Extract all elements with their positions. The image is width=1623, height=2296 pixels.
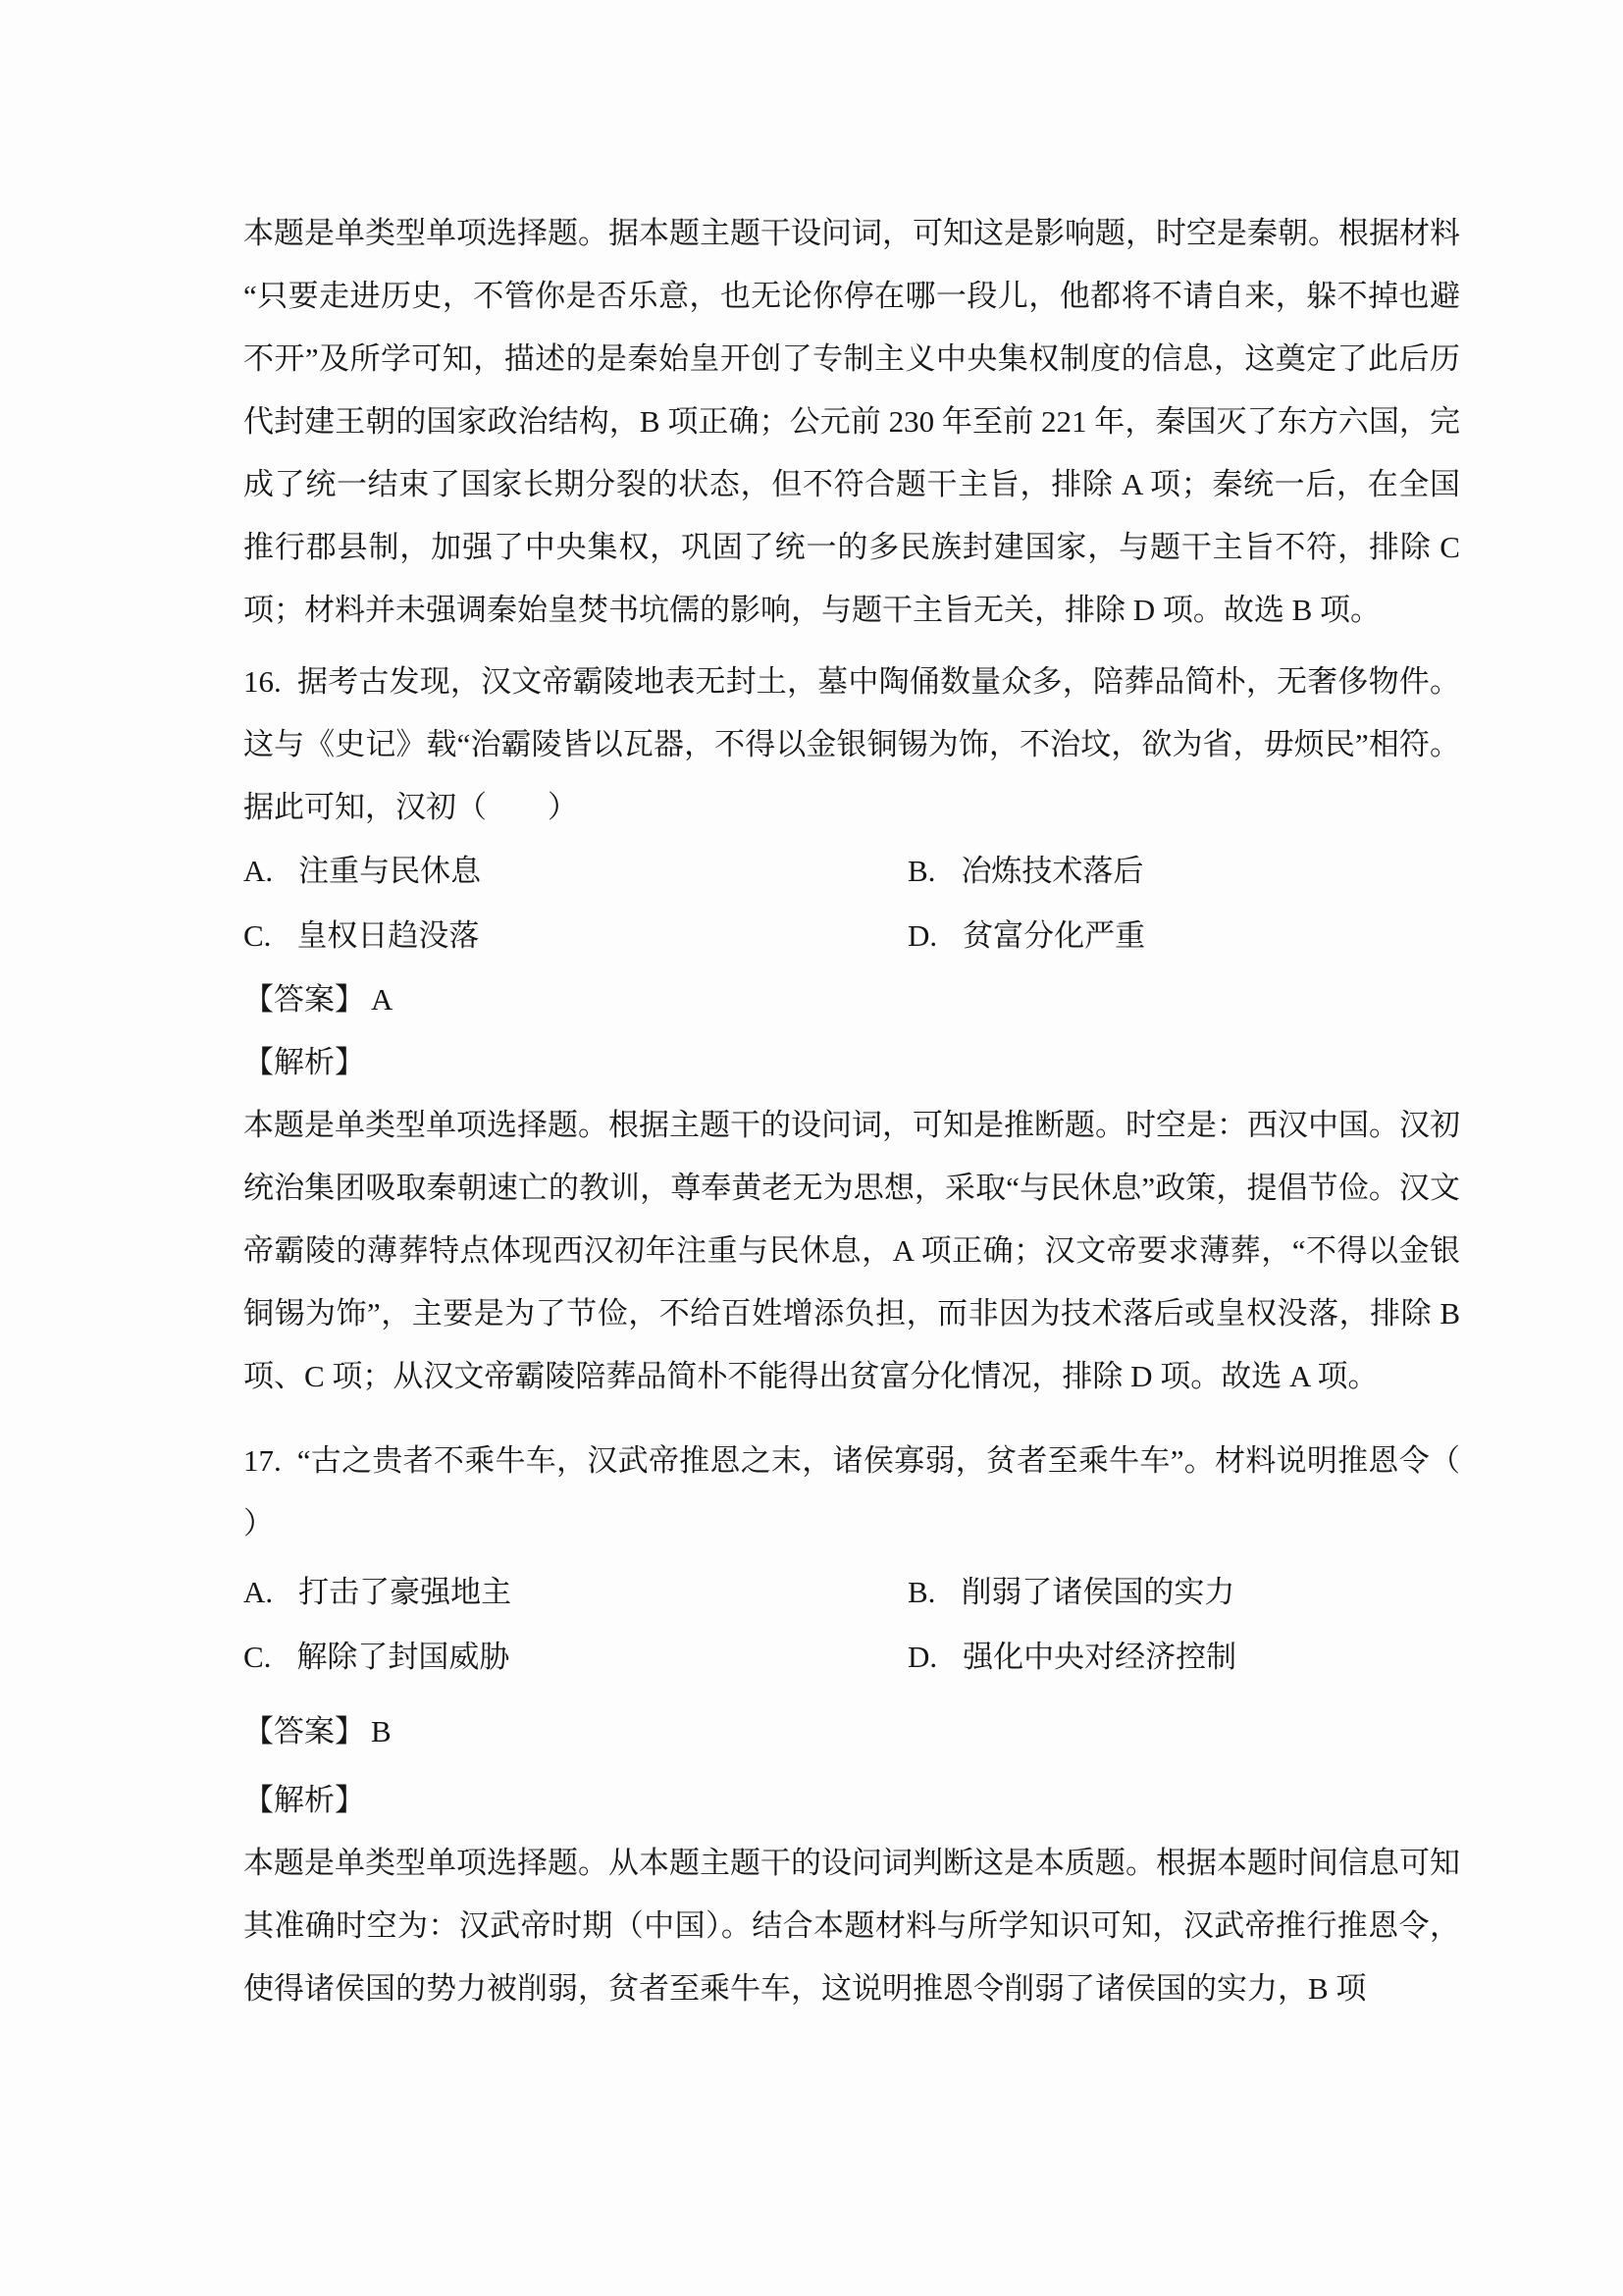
question-17-option-c: C.解除了封国威胁 xyxy=(243,1625,908,1690)
question-17-analysis-label: 【解析】 xyxy=(243,1769,1460,1832)
option-c-label: C. xyxy=(243,1640,271,1674)
option-c-text: 解除了封国威胁 xyxy=(296,1640,509,1674)
option-b-label: B. xyxy=(908,1575,935,1609)
option-d-label: D. xyxy=(908,918,937,953)
question-16-options: A.注重与民休息 B.冶炼技术落后 C.皇权日趋没落 D.贫富分化严重 xyxy=(243,839,1460,968)
question-16-block: 16.据考古发现，汉文帝霸陵地表无封土，墓中陶俑数量众多，陪葬品简朴，无奢侈物件… xyxy=(243,651,1460,1408)
option-d-text: 强化中央对经济控制 xyxy=(963,1640,1236,1674)
option-d-text: 贫富分化严重 xyxy=(963,918,1145,953)
question-17-option-b: B.削弱了诸侯国的实力 xyxy=(908,1560,1460,1625)
question-17-option-d: D.强化中央对经济控制 xyxy=(908,1625,1460,1690)
question-17-number: 17. xyxy=(243,1443,282,1478)
option-d-label: D. xyxy=(908,1640,937,1674)
analysis-label: 【解析】 xyxy=(243,1045,365,1079)
question-16-option-b: B.冶炼技术落后 xyxy=(908,839,1460,904)
question-16-analysis-label: 【解析】 xyxy=(243,1031,1460,1094)
question-17-stem-text: “古之贵者不乘牛车，汉武帝推恩之末，诸侯寡弱，贫者至乘牛车”。材料说明推恩令（ … xyxy=(243,1443,1521,1540)
question-16-stem-text: 据考古发现，汉文帝霸陵地表无封土，墓中陶俑数量众多，陪葬品简朴，无奢侈物件。这与… xyxy=(243,664,1460,824)
question-17-block: 17.“古之贵者不乘牛车，汉武帝推恩之末，诸侯寡弱，贫者至乘牛车”。材料说明推恩… xyxy=(243,1430,1460,2020)
option-c-label: C. xyxy=(243,918,271,953)
question-17-options: A.打击了豪强地主 B.削弱了诸侯国的实力 C.解除了封国威胁 D.强化中央对经… xyxy=(243,1560,1460,1690)
question-16-number: 16. xyxy=(243,664,282,699)
question-17-answer-line: 【答案】B xyxy=(243,1700,1460,1763)
option-b-label: B. xyxy=(908,854,935,888)
question-16-option-c: C.皇权日趋没落 xyxy=(243,904,908,968)
question-16-option-d: D.贫富分化严重 xyxy=(908,904,1460,968)
option-b-text: 冶炼技术落后 xyxy=(961,854,1143,888)
option-b-text: 削弱了诸侯国的实力 xyxy=(961,1575,1234,1609)
question-16-analysis-text: 本题是单类型单项选择题。根据主题干的设问词，可知是推断题。时空是：西汉中国。汉初… xyxy=(243,1094,1460,1408)
analysis-q15-text: 本题是单类型单项选择题。据本题主题干设问词，可知这是影响题，时空是秦朝。根据材料… xyxy=(243,202,1460,642)
question-16-stem: 16.据考古发现，汉文帝霸陵地表无封土，墓中陶俑数量众多，陪葬品简朴，无奢侈物件… xyxy=(243,651,1460,839)
question-16-answer-line: 【答案】A xyxy=(243,968,1460,1031)
question-16-option-a: A.注重与民休息 xyxy=(243,839,908,904)
option-a-text: 打击了豪强地主 xyxy=(298,1575,511,1609)
question-17-answer-value: B xyxy=(371,1714,392,1748)
option-a-text: 注重与民休息 xyxy=(298,854,481,888)
document-page: 本题是单类型单项选择题。据本题主题干设问词，可知这是影响题，时空是秦朝。根据材料… xyxy=(0,0,1623,2296)
option-a-label: A. xyxy=(243,854,273,888)
option-c-text: 皇权日趋没落 xyxy=(296,918,479,953)
question-17-option-a: A.打击了豪强地主 xyxy=(243,1560,908,1625)
question-17-analysis-text: 本题是单类型单项选择题。从本题主题干的设问词判断这是本质题。根据本题时间信息可知… xyxy=(243,1832,1460,2020)
question-16-answer-value: A xyxy=(371,982,393,1017)
question-17-stem: 17.“古之贵者不乘牛车，汉武帝推恩之末，诸侯寡弱，贫者至乘牛车”。材料说明推恩… xyxy=(243,1430,1460,1555)
answer-label: 【答案】 xyxy=(243,1714,365,1748)
analysis-label: 【解析】 xyxy=(243,1783,365,1817)
option-a-label: A. xyxy=(243,1575,273,1609)
answer-label: 【答案】 xyxy=(243,982,365,1017)
